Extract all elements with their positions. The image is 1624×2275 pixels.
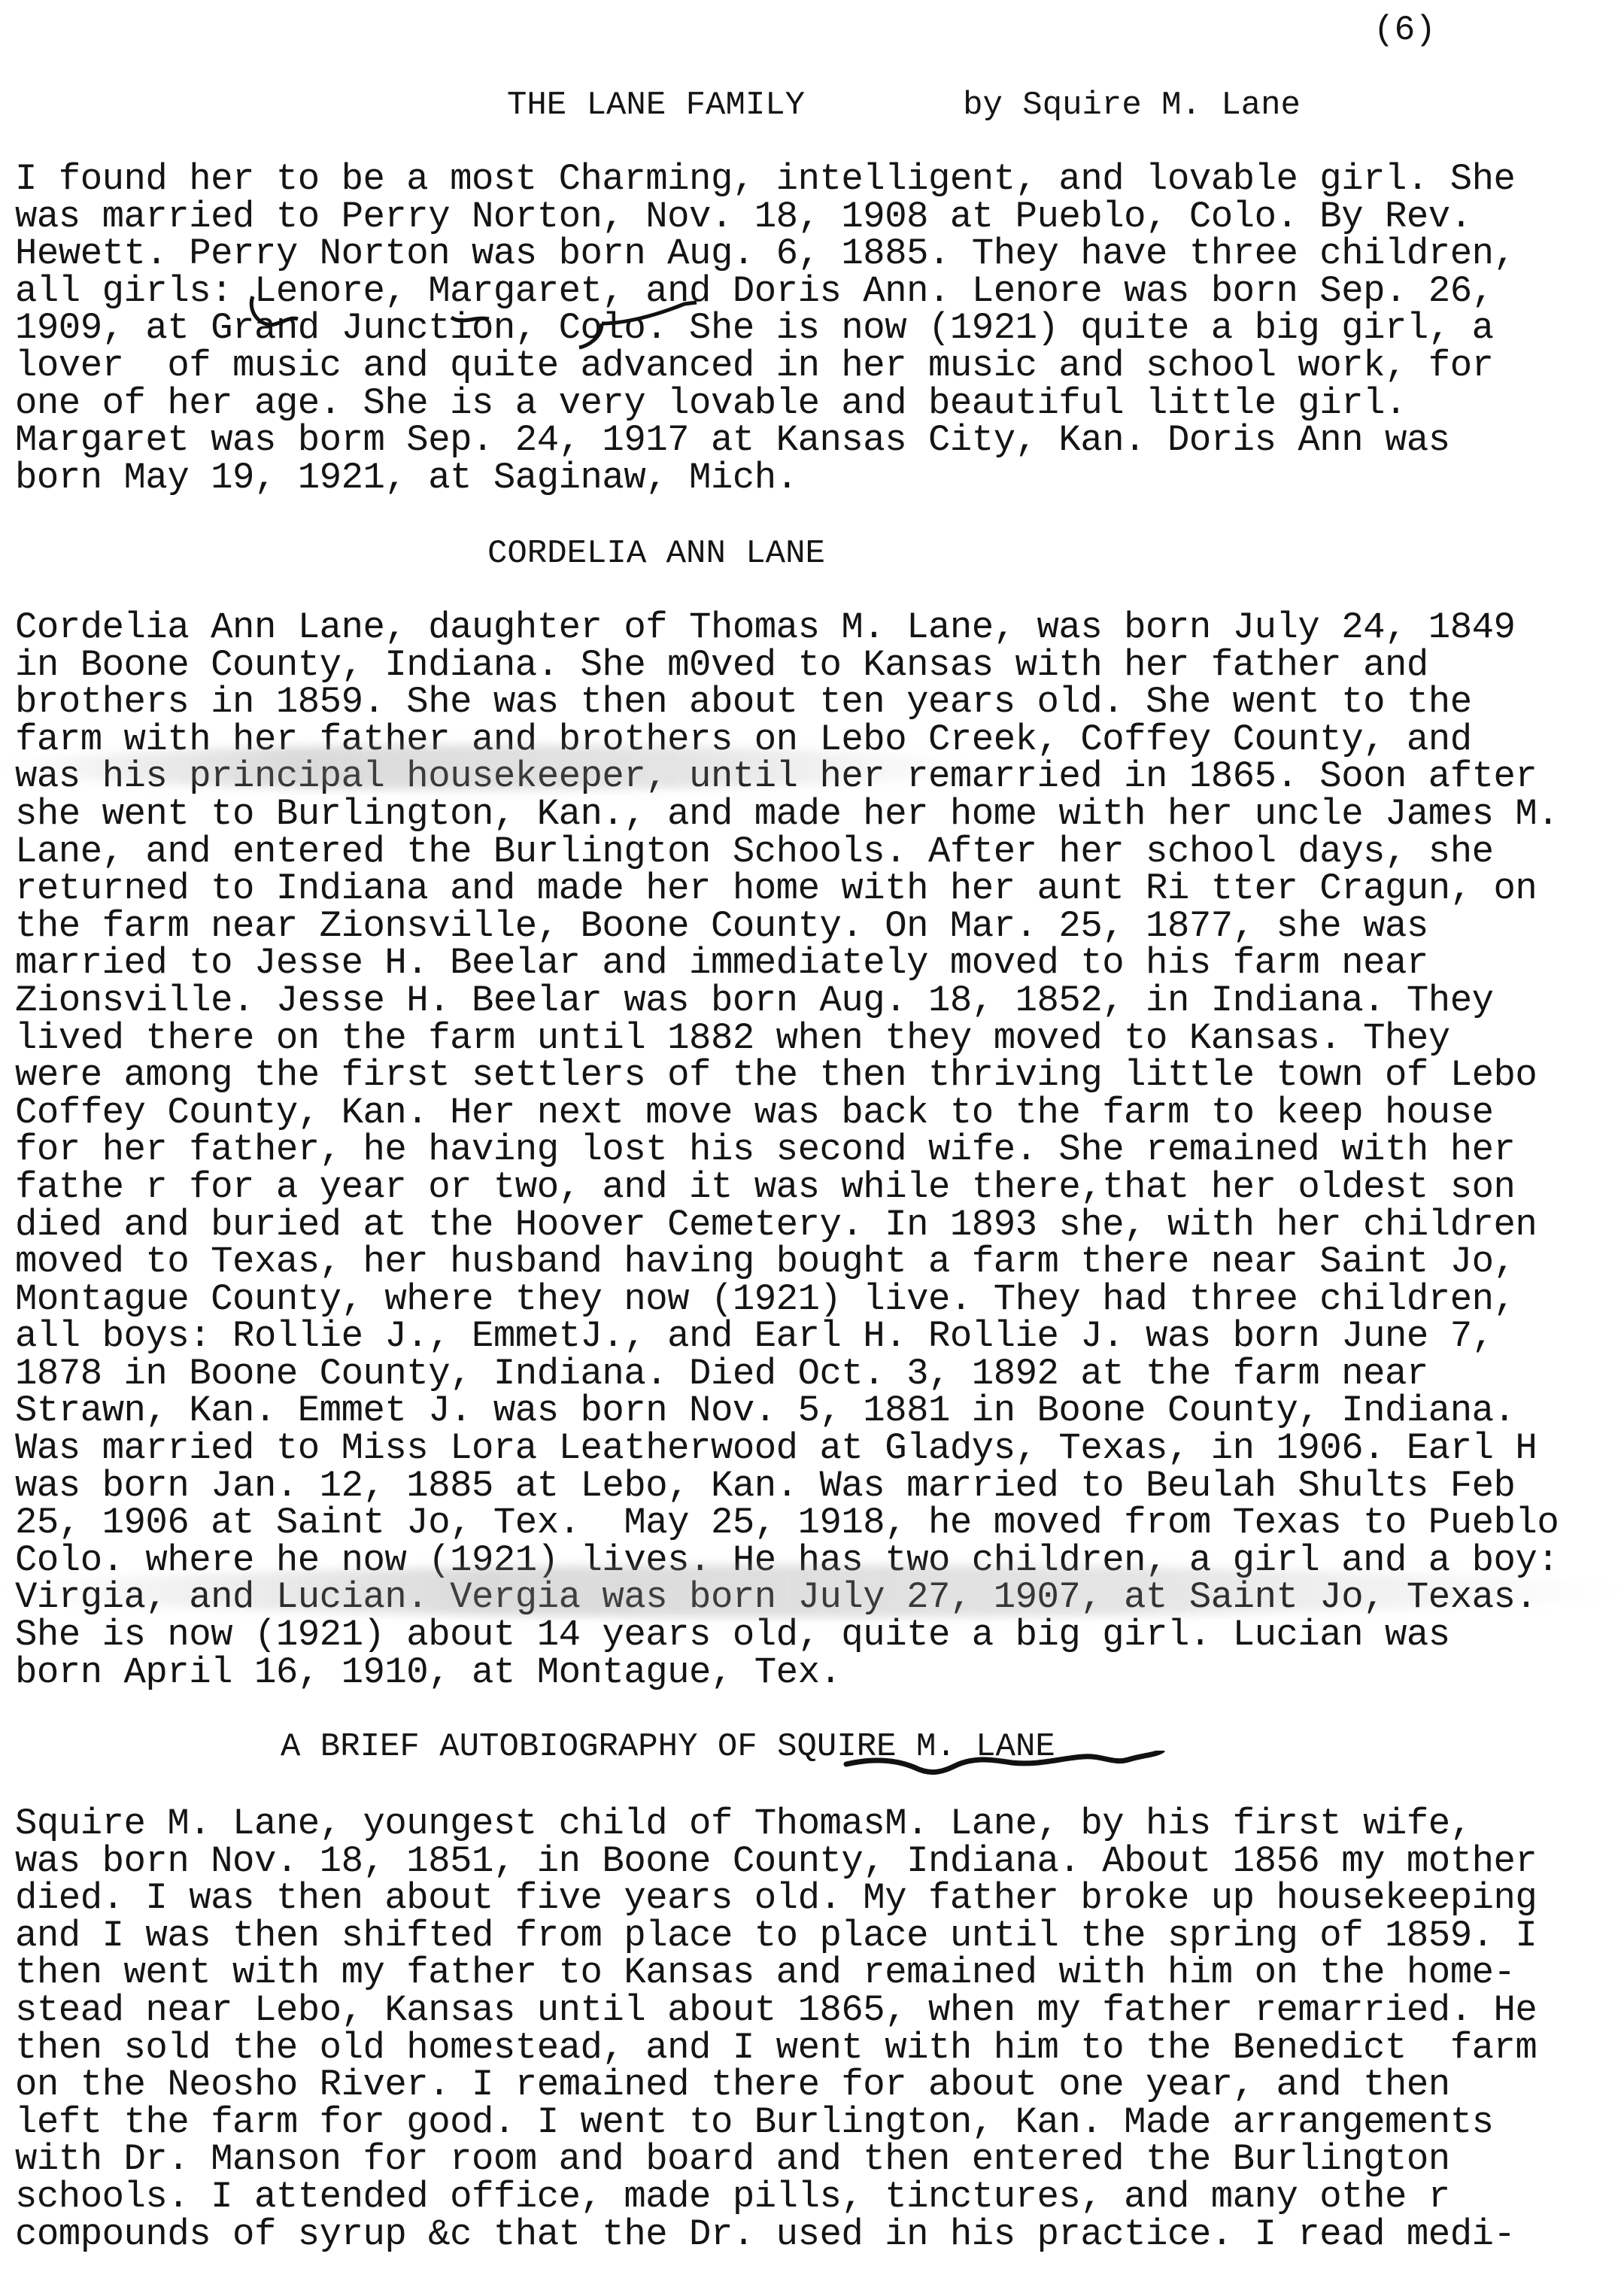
text-line: Squire M. Lane, youngest child of Thomas… — [15, 1806, 1537, 1843]
text-line: born April 16, 1910, at Montague, Tex. — [15, 1654, 1559, 1692]
text-line: left the farm for good. I went to Burlin… — [15, 2104, 1537, 2142]
text-line: with Dr. Manson for room and board and t… — [15, 2141, 1537, 2179]
text-line: Margaret was borm Sep. 24, 1917 at Kansa… — [15, 422, 1515, 460]
handwritten-underline — [842, 1751, 1166, 1781]
text-line: Coffey County, Kan. Her next move was ba… — [15, 1095, 1559, 1132]
text-line: on the Neosho River. I remained there fo… — [15, 2067, 1537, 2104]
text-line: married to Jesse H. Beelar and immediate… — [15, 945, 1559, 983]
text-line: I found her to be a most Charming, intel… — [15, 161, 1515, 199]
text-line: died. I was then about five years old. M… — [15, 1880, 1537, 1918]
text-line: was born Nov. 18, 1851, in Boone County,… — [15, 1843, 1537, 1881]
text-line: She is now (1921) about 14 years old, qu… — [15, 1617, 1559, 1654]
text-line: Strawn, Kan. Emmet J. was born Nov. 5, 1… — [15, 1393, 1559, 1430]
text-line: Lane, and entered the Burlington Schools… — [15, 834, 1559, 871]
text-line: moved to Texas, her husband having bough… — [15, 1244, 1559, 1281]
text-line: and I was then shifted from place to pla… — [15, 1918, 1537, 1955]
text-line: schools. I attended office, made pills, … — [15, 2179, 1537, 2216]
text-line: Cordelia Ann Lane, daughter of Thomas M.… — [15, 609, 1559, 647]
paper-fold-shadow — [0, 1565, 1624, 1617]
paper-fold-shadow — [0, 745, 978, 790]
text-line: all girls: Lenore, Margaret, and Doris A… — [15, 273, 1515, 311]
text-line: all boys: Rollie J., EmmetJ., and Earl H… — [15, 1318, 1559, 1356]
text-line: were among the first settlers of the the… — [15, 1057, 1559, 1095]
text-line: lived there on the farm until 1882 when … — [15, 1020, 1559, 1058]
text-line: compounds of syrup &c that the Dr. used … — [15, 2216, 1537, 2254]
text-line: 25, 1906 at Saint Jo, Tex. May 25, 1918,… — [15, 1505, 1559, 1542]
text-line: in Boone County, Indiana. She m0ved to K… — [15, 647, 1559, 685]
text-line: 1878 in Boone County, Indiana. Died Oct.… — [15, 1356, 1559, 1393]
text-line: Montague County, where they now (1921) l… — [15, 1281, 1559, 1319]
text-line: 1909, at Grand Junction, Colo. She is no… — [15, 310, 1515, 348]
text-line: Zionsville. Jesse H. Beelar was born Aug… — [15, 983, 1559, 1020]
text-line: Hewett. Perry Norton was born Aug. 6, 18… — [15, 235, 1515, 273]
text-line: one of her age. She is a very lovable an… — [15, 385, 1515, 423]
paragraph-norton-family: I found her to be a most Charming, intel… — [15, 161, 1515, 497]
text-line: for her father, he having lost his secon… — [15, 1131, 1559, 1169]
text-line: she went to Burlington, Kan., and made h… — [15, 796, 1559, 834]
document-title: THE LANE FAMILY — [507, 87, 805, 124]
text-line: was born Jan. 12, 1885 at Lebo, Kan. Was… — [15, 1468, 1559, 1505]
text-line: stead near Lebo, Kansas until about 1865… — [15, 1992, 1537, 2030]
text-line: the farm near Zionsville, Boone County. … — [15, 908, 1559, 946]
text-line: brothers in 1859. She was then about ten… — [15, 684, 1559, 721]
document-author: by Squire M. Lane — [963, 87, 1301, 124]
paragraph-squire-autobiography: Squire M. Lane, youngest child of Thomas… — [15, 1806, 1537, 2253]
text-line: lover of music and quite advanced in her… — [15, 348, 1515, 385]
text-line: returned to Indiana and made her home wi… — [15, 870, 1559, 908]
text-line: then went with my father to Kansas and r… — [15, 1955, 1537, 1992]
text-line: fathe r for a year or two, and it was wh… — [15, 1169, 1559, 1207]
text-line: then sold the old homestead, and I went … — [15, 2030, 1537, 2067]
text-line: born May 19, 1921, at Saginaw, Mich. — [15, 460, 1515, 497]
document-header: THE LANE FAMILYby Squire M. Lane — [507, 83, 1301, 128]
text-line: Was married to Miss Lora Leatherwood at … — [15, 1430, 1559, 1468]
page-number: (6) — [1374, 8, 1436, 53]
text-line: died and buried at the Hoover Cemetery. … — [15, 1207, 1559, 1244]
text-line: was married to Perry Norton, Nov. 18, 19… — [15, 199, 1515, 236]
section-heading-cordelia: CORDELIA ANN LANE — [487, 531, 825, 576]
